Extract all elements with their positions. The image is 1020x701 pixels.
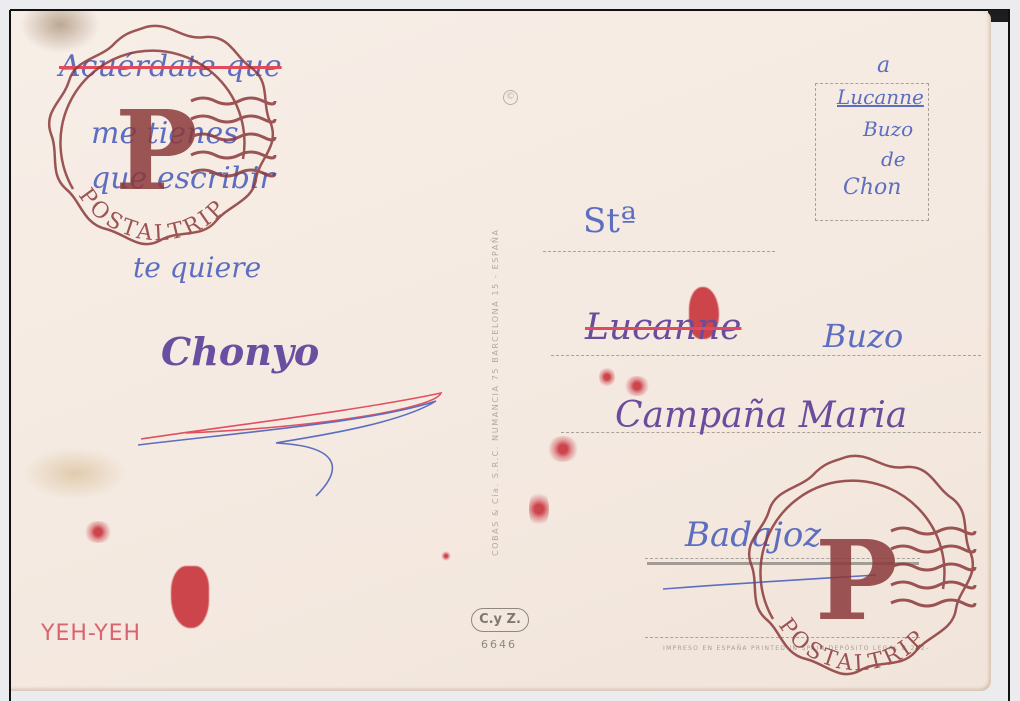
postaltrip-watermark: P POSTALTRIP xyxy=(731,449,991,689)
publisher-logo: C.y Z. xyxy=(471,608,529,632)
card-number: 6646 xyxy=(476,638,522,651)
signature: Chonyo xyxy=(161,329,319,374)
stamp-note-line-3: Buzo xyxy=(863,117,913,141)
ink-speckle xyxy=(599,366,615,388)
address-name-first: Lucanne xyxy=(585,307,741,348)
address-salutation: Stª xyxy=(583,201,636,241)
signature-flourish xyxy=(136,371,456,511)
watermark-letter: P xyxy=(815,516,898,645)
ink-speckle xyxy=(529,489,549,529)
stamp-note-line-4: de xyxy=(881,147,906,171)
ink-speckle xyxy=(83,521,113,543)
address-line-2 xyxy=(551,355,981,356)
footer-note: YEH-YEH xyxy=(41,621,141,646)
postcard-back: © COBAS & Cía. S.R.C. NUMANCIA 75 BARCEL… xyxy=(11,11,991,691)
address-line-1 xyxy=(543,251,775,252)
watermark-letter: P xyxy=(115,86,198,215)
ink-blot xyxy=(171,566,209,628)
address-street: Campaña Maria xyxy=(615,395,907,436)
copyright-icon: © xyxy=(503,90,518,105)
ink-speckle xyxy=(623,376,651,396)
ink-speckle xyxy=(441,551,451,561)
postaltrip-watermark: P POSTALTRIP xyxy=(31,19,291,259)
frame-right-border xyxy=(1008,10,1010,701)
address-name-last: Buzo xyxy=(823,317,903,355)
stamp-note-line-2: Lucanne xyxy=(837,85,924,109)
ink-speckle xyxy=(546,436,580,462)
publisher-imprint: COBAS & Cía. S.R.C. NUMANCIA 75 BARCELON… xyxy=(491,228,500,556)
stamp-note-line-5: Chon xyxy=(843,175,901,200)
stamp-note-line-1: a xyxy=(877,53,890,78)
scan-corner-shadow xyxy=(988,10,1008,22)
